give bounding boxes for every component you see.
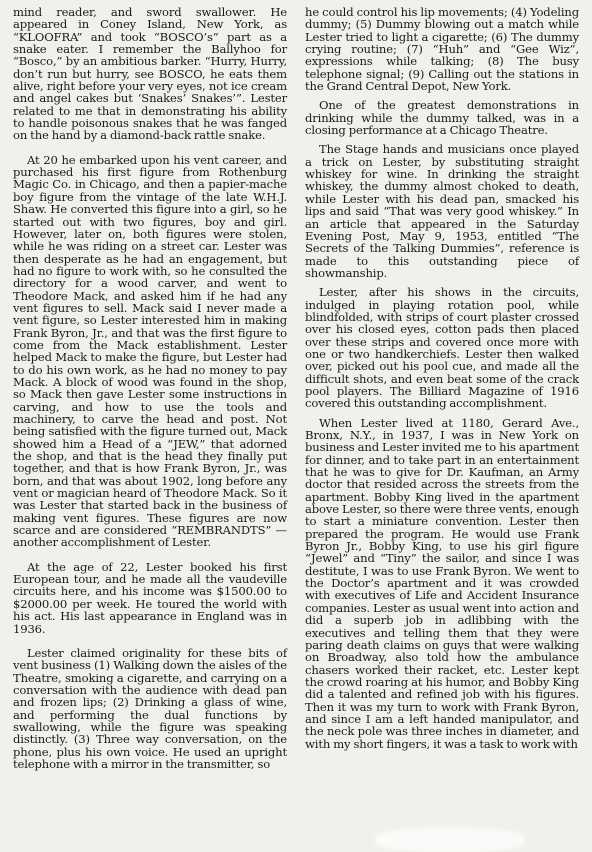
paragraph-drinking-demo: One of the greatest demonstrations in dr… [305, 99, 579, 136]
left-column: mind reader, and sword swallower. He app… [13, 6, 287, 782]
right-column: he could control his lip movements; (4) … [305, 6, 579, 757]
paragraph-rotation-pool: Lester, after his shows in the circuits,… [305, 286, 579, 409]
paragraph-vent-career: At 20 he embarked upon his vent career, … [13, 154, 287, 549]
scanned-page: mind reader, and sword swallower. He app… [0, 0, 592, 852]
paragraph-originality: Lester claimed originality for these bit… [13, 647, 287, 770]
paper-smudge [375, 828, 525, 852]
paragraph-whiskey-trick: The Stage hands and musicians once playe… [305, 143, 579, 279]
paragraph-european-tour: At the age of 22, Lester booked his firs… [13, 561, 287, 635]
paragraph-lip-movements: he could control his lip movements; (4) … [305, 6, 579, 92]
paragraph-bosco: mind reader, and sword swallower. He app… [13, 6, 287, 142]
paragraph-gerard-ave: When Lester lived at 1180, Gerard Ave., … [305, 417, 579, 750]
